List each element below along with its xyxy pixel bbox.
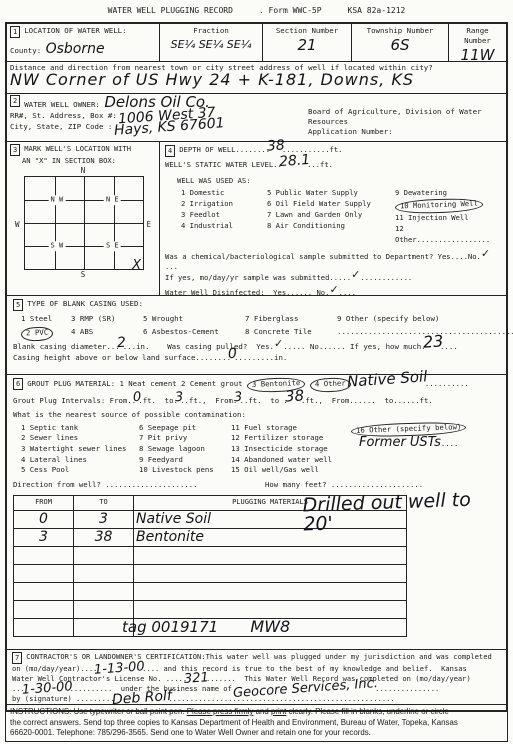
contamination-question: What is the nearest source of possible c… (13, 410, 500, 421)
ifyes-line-end: ............ (360, 273, 412, 282)
pvc-circled-answer: 2 PVC (21, 326, 54, 341)
casing-height-end: .........in. (234, 353, 287, 362)
compass-north-label: N (10, 166, 156, 176)
contamination-option: 2 Sewer lines (21, 433, 139, 443)
contamination-other-dots: .... (441, 439, 459, 448)
section1-title: LOCATION OF WATER WELL: (24, 26, 126, 35)
direction-question: Direction from well? ...................… (13, 480, 265, 491)
quarter-label-se: S E (104, 241, 121, 251)
contamination-option: 8 Sewage lagoon (139, 444, 231, 454)
compass-east-label: E (146, 220, 151, 230)
instructions-text: INSTRUCTIONS: Use typewriter or ball poi… (10, 707, 187, 716)
use-option-other: 12 Other................. (395, 224, 501, 245)
interval-mid1: .ft. to. (138, 396, 178, 405)
contamination-column-4: 16 Other (specify below) Former USTs.... (351, 423, 500, 477)
use-option-lawn-garden: 7 Lawn and Garden Only (267, 210, 395, 221)
license-number-value: 321 (184, 678, 209, 680)
contamination-option: 13 Insecticide storage (231, 444, 351, 454)
uses-column-3: 9 Dewatering 10 Monitoring Well 11 Injec… (395, 188, 501, 246)
certification-line4c: ............... (375, 684, 439, 693)
township-value: 6S (355, 38, 445, 53)
section-number-cell: Section Number 21 (263, 24, 352, 61)
contamination-column-2: 6 Seepage pit 7 Pit privy 8 Sewage lagoo… (139, 423, 231, 477)
instructions-line1: INSTRUCTIONS: Use typewriter or ball poi… (10, 707, 503, 718)
use-option-injection-well: 11 Injection Well (395, 213, 501, 224)
contamination-option: 12 Fertilizer storage (231, 433, 351, 443)
section4-box: 4DEPTH OF WELL........38...........ft. W… (160, 142, 506, 295)
business-name-value: Geocore Services, Inc. (233, 684, 378, 694)
interval-mid3: ..ft. to . (240, 396, 288, 405)
quarter-label-nw: N W (49, 195, 66, 205)
contamination-other-value: Former USTs (359, 435, 441, 450)
section-grid: N W N E S W S E X (24, 176, 144, 270)
sample-question-end: ... (165, 262, 178, 271)
scanned-water-well-plugging-record: WATER WELL PLUGGING RECORD . Form WWC-5P… (0, 0, 513, 744)
fraction-value: SE¼ SE¼ SE¼ (163, 39, 259, 50)
instructions-underlined-press-firmly: Please press firmly (187, 707, 254, 716)
from-value-1: 0 (39, 511, 48, 527)
interval-mid2: ..ft., From. (180, 396, 237, 405)
section2-number: 2 (10, 95, 20, 107)
casing-option-fiberglass: 7 Fiberglass (245, 314, 337, 325)
grid-line (25, 223, 143, 224)
margin-note-drilled-out: Drilled out well to 20' (302, 489, 506, 534)
casing-option-other: 9 Other (specify below) (337, 314, 513, 325)
section4-number: 4 (165, 145, 175, 157)
uses-column-1: 1 Domestic 2 Irrigation 3 Feedlot 4 Indu… (181, 188, 267, 246)
quarter-label-sw: S W (49, 241, 66, 251)
use-option-public-water: 5 Public Water Supply (267, 188, 395, 199)
feet-question: How many feet? ..................... (265, 480, 423, 491)
casing-diameter-label: Blank casing diameter... (13, 342, 120, 351)
contamination-option: 10 Livestock pens (139, 465, 231, 475)
static-level-suffix: ...ft. (307, 160, 333, 169)
use-option-oil-field: 6 Oil Field Water Supply (267, 199, 395, 210)
from-value-2: 3 (39, 529, 48, 545)
contamination-column-3: 11 Fuel storage 12 Fertilizer storage 13… (231, 423, 351, 477)
table-row (14, 564, 407, 582)
casing-height-value: 0 (228, 353, 237, 354)
instructions-text: and (253, 707, 271, 716)
fraction-cell: Fraction SE¼ SE¼ SE¼ (160, 24, 263, 61)
table-header-to: TO (74, 495, 134, 510)
quarter-label-ne: N E (104, 195, 121, 205)
grout-other-dots: .......... (425, 379, 469, 388)
instructions-underlined-print: print (271, 707, 286, 716)
uses-columns: 1 Domestic 2 Irrigation 3 Feedlot 4 Indu… (181, 188, 501, 246)
compass-west-label: W (15, 220, 20, 230)
contamination-option: 15 Oil well/Gas well (231, 465, 351, 475)
instructions-box: INSTRUCTIONS: Use typewriter or ball poi… (5, 704, 508, 742)
sample-question: Was a chemical/bacteriological sample su… (165, 252, 481, 261)
grid-line (25, 246, 143, 247)
form-body: 1LOCATION OF WATER WELL: County: Osborne… (5, 22, 508, 712)
interval-value-2: 3 (175, 397, 183, 398)
casing-option-rmp: 3 RMP (SR) (71, 314, 143, 325)
section3-4-row: 3MARK WELL'S LOCATION WITH AN "X" IN SEC… (7, 142, 506, 296)
interval-value-1: 0 (133, 397, 141, 398)
owner-left: 2WATER WELL OWNER: Delons Oil Co. RR#, S… (7, 94, 308, 141)
use-option-feedlot: 3 Feedlot (181, 210, 267, 221)
monitoring-well-circled-answer: 10 Monitoring Well (395, 197, 483, 214)
casing-diameter-value: 2 (117, 343, 126, 344)
use-option-industrial: 4 Industrial (181, 221, 267, 232)
township-cell: Township Number 6S (352, 24, 449, 61)
casing-option-steel: 1 Steel (21, 314, 71, 325)
depth-label: DEPTH OF WELL........ (179, 145, 270, 154)
section5-box: 5TYPE OF BLANK CASING USED: 1 Steel 3 RM… (7, 296, 506, 375)
static-level-value: 28.1 (279, 160, 310, 162)
grid-line (25, 200, 143, 201)
agency-line: Board of Agriculture, Division of Water … (308, 107, 506, 127)
citystate-value: Hays, KS 67601 (114, 123, 224, 131)
location-cell: 1LOCATION OF WATER WELL: County: Osborne (7, 24, 160, 61)
table-row (14, 546, 407, 564)
section-grid-wrap: W E N W N E S W S E X (24, 176, 142, 270)
contamination-option: 11 Fuel storage (231, 423, 351, 433)
static-level-label: WELL'S STATIC WATER LEVEL.. (165, 160, 282, 169)
section-number-value: 21 (266, 38, 348, 53)
township-label: Township Number (355, 26, 445, 36)
citystate-label: City, State, ZIP Code : (10, 122, 112, 131)
interval-mid4: .ft., From...... to......ft. (301, 396, 433, 405)
direction-feet-row: Direction from well? ...................… (13, 480, 500, 491)
county-value: Osborne (46, 41, 105, 57)
casing-option-abs: 4 ABS (71, 327, 143, 341)
to-value-2: 38 (95, 529, 113, 545)
grout-option-neat-cement: 1 Neat cement (120, 379, 177, 388)
contamination-option: 5 Cess Pool (21, 465, 139, 475)
ifyes-line: If yes, mo/day/yr sample was submitted..… (165, 273, 351, 282)
casing-height-label: Casing height above or below land surfac… (13, 353, 231, 362)
county-label: County: (10, 46, 41, 55)
certification-line2a: on (mo/day/year).... (12, 664, 97, 673)
contamination-option: 1 Septic tank (21, 423, 139, 433)
section3-title-line1: MARK WELL'S LOCATION WITH (24, 144, 131, 153)
contamination-column-1: 1 Septic tank 2 Sewer lines 3 Watertight… (21, 423, 139, 477)
use-option-dewatering: 9 Dewatering (395, 188, 501, 199)
section3-box: 3MARK WELL'S LOCATION WITH AN "X" IN SEC… (7, 142, 160, 295)
section-number-label: Section Number (266, 26, 348, 36)
contamination-columns: 1 Septic tank 2 Sewer lines 3 Watertight… (21, 423, 500, 477)
uses-heading: WELL WAS USED AS: (177, 176, 501, 187)
application-number-label: Application Number: (308, 127, 506, 137)
contamination-option: 9 Feedyard (139, 455, 231, 465)
casing-option-asbestos: 6 Asbestos-Cement (143, 327, 245, 341)
casing-pulled-mid: ..... No...... If yes, how much. (283, 342, 425, 351)
depth-value: 38 (267, 145, 285, 146)
distance-answer: NW Corner of US Hwy 24 + K-181, Downs, K… (10, 72, 503, 88)
contamination-option: 3 Watertight sewer lines (21, 444, 139, 454)
grout-other-value: Native Soil (348, 376, 428, 382)
instructions-text: clearly. Please fill in blanks, underlin… (286, 707, 449, 716)
table-row (14, 582, 407, 600)
contamination-option: 6 Seepage pit (139, 423, 231, 433)
table-row: tag 0019171 MW8 (14, 618, 407, 636)
casing-option-concrete: 8 Concrete Tile (245, 327, 337, 341)
to-value-1: 3 (99, 511, 108, 527)
section1-location-row: 1LOCATION OF WATER WELL: County: Osborne… (7, 24, 506, 62)
section7-certification: 7CONTRACTOR'S OR LANDOWNER'S CERTIFICATI… (7, 650, 506, 710)
section5-number: 5 (13, 299, 23, 311)
casing-option-wrought: 5 Wrought (143, 314, 245, 325)
section3-title-line2: AN "X" IN SECTION BOX: (22, 156, 156, 166)
instructions-line2: the correct answers. Send top three copi… (10, 718, 503, 729)
use-option-air-conditioning: 8 Air Conditioning (267, 221, 395, 232)
section6-box: 6GROUT PLUG MATERIAL: 1 Neat cement 2 Ce… (7, 375, 506, 650)
how-much-pulled-value: 23 (423, 341, 443, 342)
contamination-option: 14 Abandoned water well (231, 455, 351, 465)
use-option-irrigation: 2 Irrigation (181, 199, 267, 210)
contamination-option: 4 Lateral lines (21, 455, 139, 465)
statute-reference: KSA 82a-1212 (348, 6, 406, 15)
completion-date-value: 1-13-00 (94, 667, 145, 671)
signature-value: Deb Rolf (112, 696, 172, 700)
document-header: WATER WELL PLUGGING RECORD . Form WWC-5P… (0, 6, 513, 15)
owner-row: 2WATER WELL OWNER: Delons Oil Co. RR#, S… (7, 94, 506, 142)
material-value-2: Bentonite (136, 529, 204, 545)
form-title: WATER WELL PLUGGING RECORD (108, 6, 233, 15)
casing-pulled-question: ...in. Was casing pulled? Yes. (123, 342, 274, 351)
fraction-label: Fraction (163, 26, 259, 36)
grout-option-cement-grout: 2 Cement grout (181, 379, 243, 388)
range-value: 11W (452, 48, 503, 63)
well-location-x-mark: X (132, 259, 141, 272)
owner-title: WATER WELL OWNER: (24, 100, 100, 109)
section6-number: 6 (13, 378, 23, 390)
section3-number: 3 (10, 144, 20, 156)
casing-title: TYPE OF BLANK CASING USED: (27, 299, 143, 308)
section7-number: 7 (12, 652, 22, 664)
agency-block: Board of Agriculture, Division of Water … (308, 94, 506, 141)
interval-value-3: 3 (234, 397, 242, 398)
uses-column-2: 5 Public Water Supply 6 Oil Field Water … (267, 188, 395, 246)
address-label: RR#, St. Address, Box #: (10, 111, 117, 120)
tag-number-note: tag 0019171 (122, 620, 218, 635)
form-number: . Form WWC-5P (259, 6, 322, 15)
grout-title: GROUT PLUG MATERIAL: (27, 379, 115, 388)
use-option-domestic: 1 Domestic (181, 188, 267, 199)
instructions-line3: 66620-0001. Telephone: 785/296-3565. Sen… (10, 728, 503, 739)
table-header-from: FROM (14, 495, 74, 510)
range-cell: Range Number 11W (449, 24, 506, 61)
range-label: Range Number (452, 26, 503, 46)
material-value-1: Native Soil (136, 511, 211, 527)
section1-number: 1 (10, 26, 20, 38)
contamination-option: 7 Pit privy (139, 433, 231, 443)
record-date-value: 1-30-00 (22, 687, 73, 691)
interval-value-4: 38 (285, 395, 304, 396)
other-contamination-circled: 16 Other (specify below) (351, 420, 467, 437)
distance-row: Distance and direction from nearest town… (7, 62, 506, 94)
intervals-label: Grout Plug Intervals: (13, 396, 105, 405)
table-row (14, 600, 407, 618)
certification-line1: CONTRACTOR'S OR LANDOWNER'S CERTIFICATIO… (26, 652, 492, 661)
grout-other-circled: 4 Other (309, 377, 350, 392)
well-id-note: MW8 (250, 617, 290, 636)
